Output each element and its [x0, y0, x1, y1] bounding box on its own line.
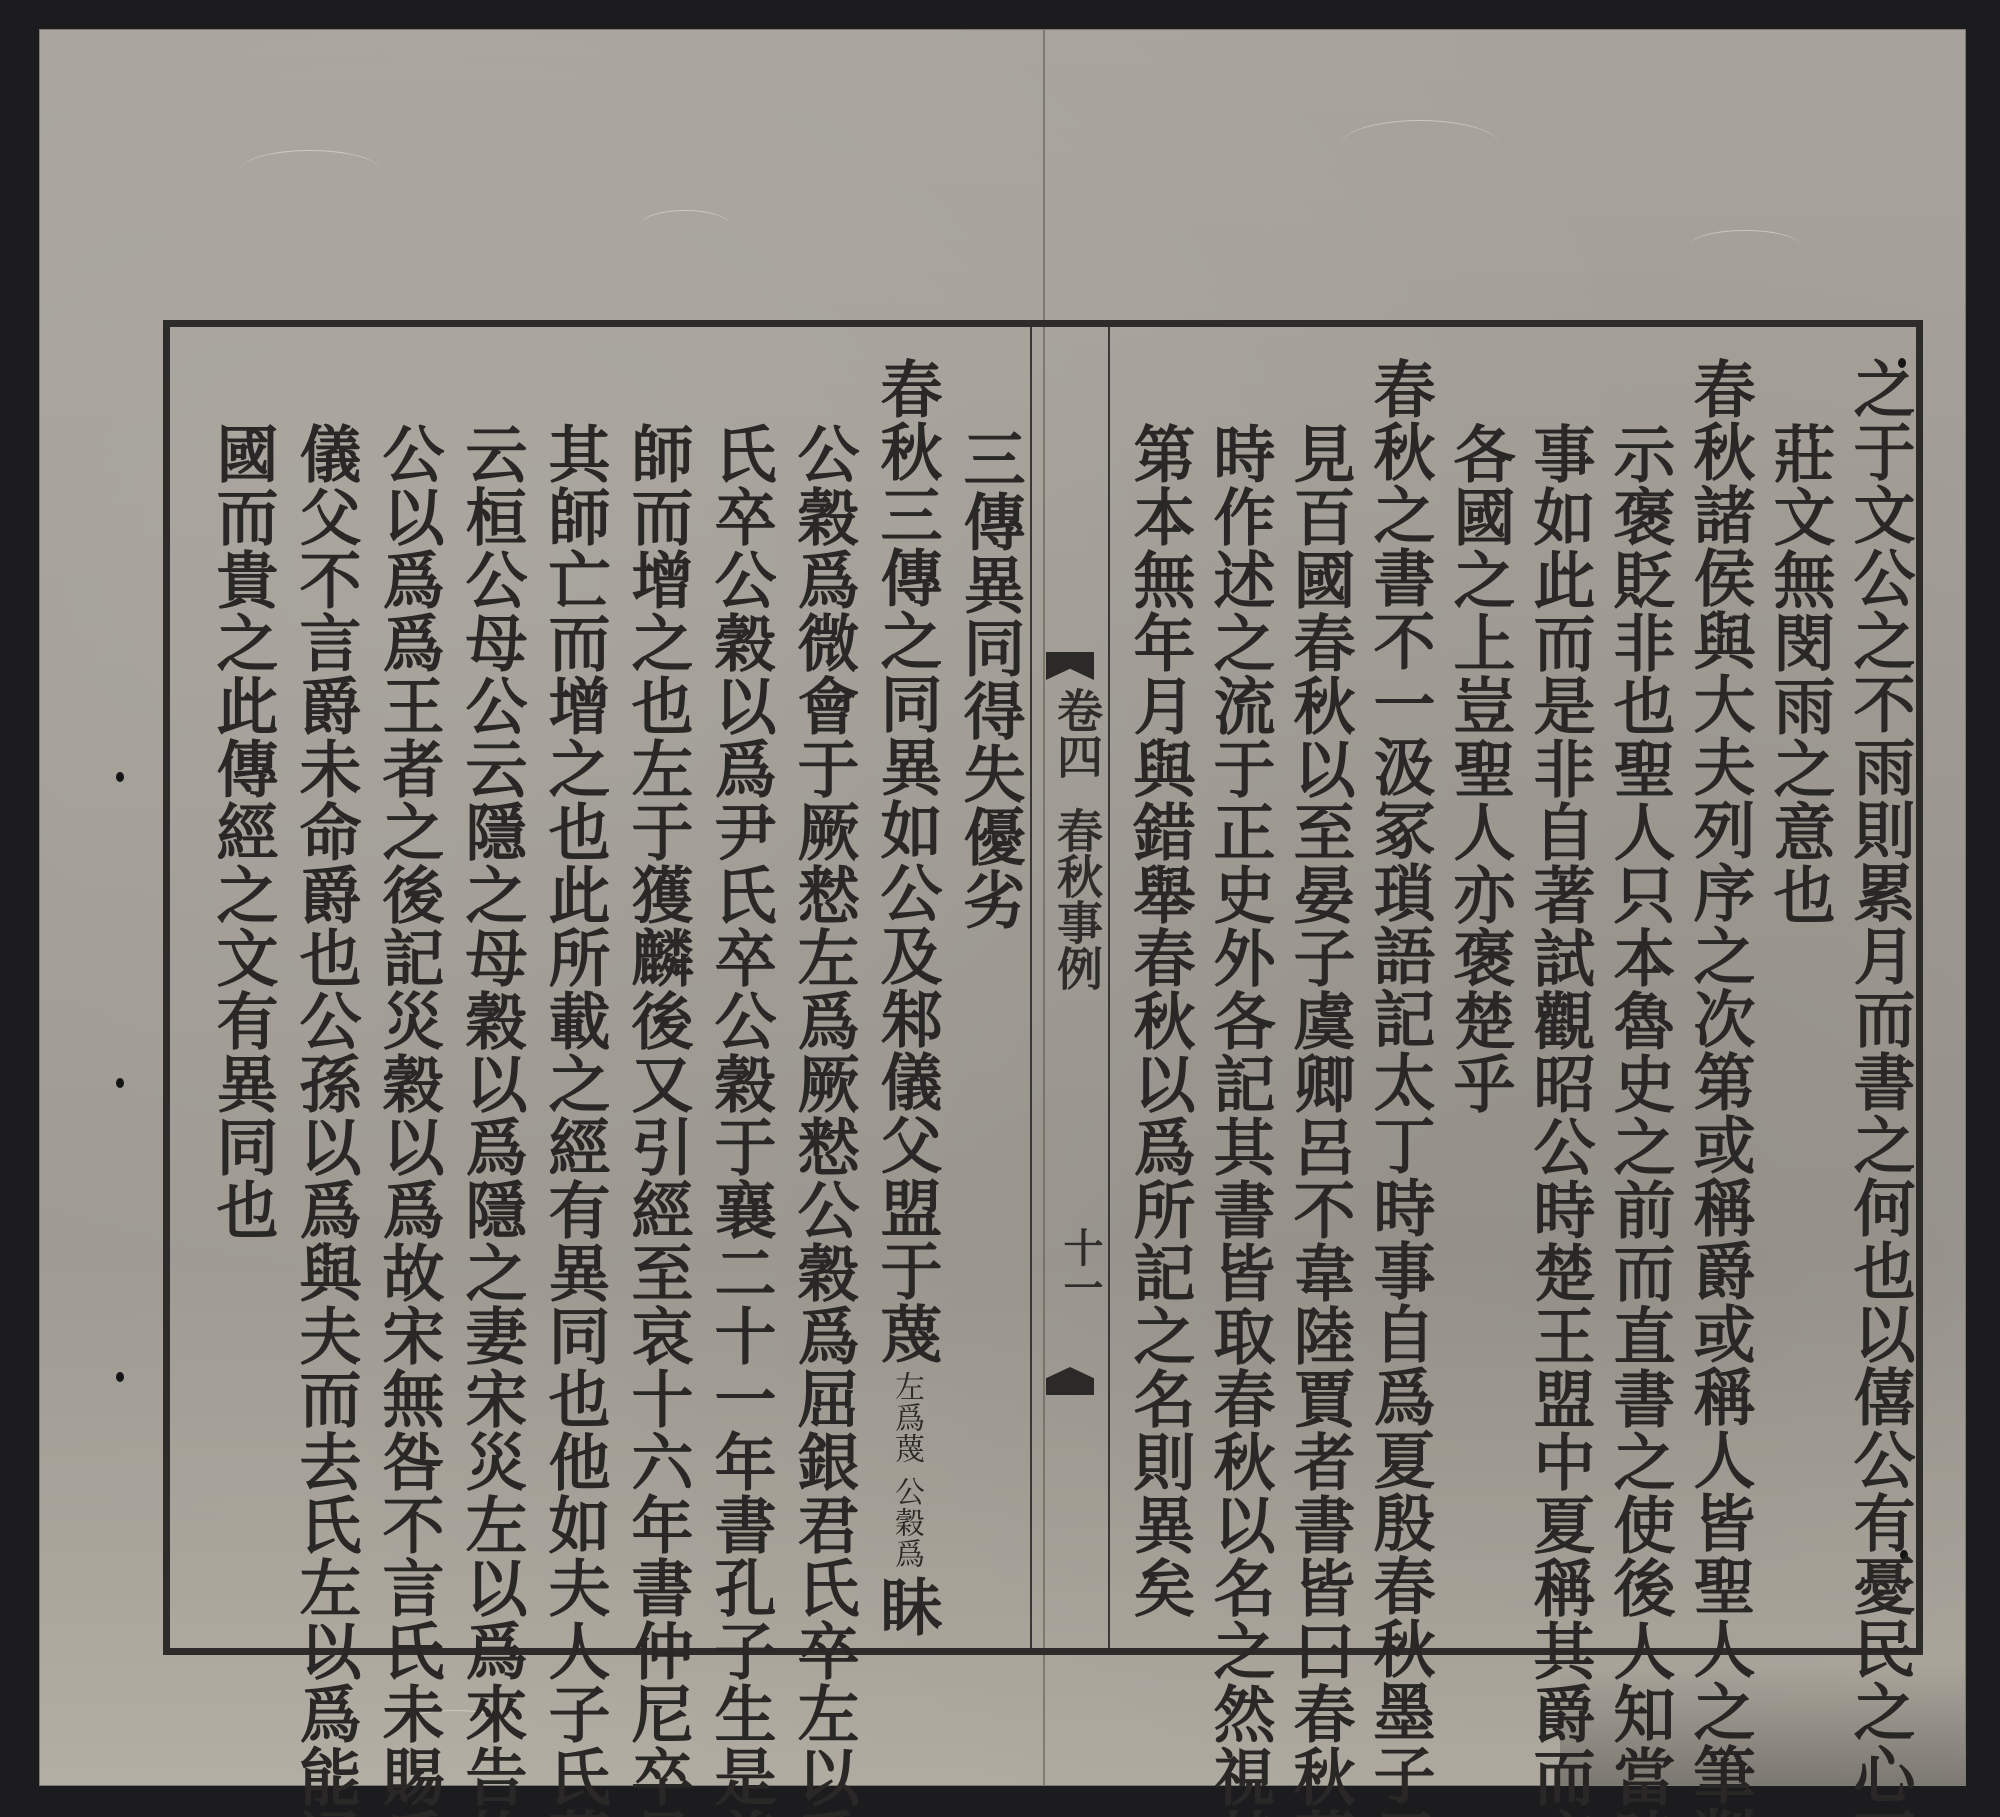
binding-hole [116, 1078, 124, 1088]
text-column: 示褒貶非也聖人只本魯史之前而直書之使後人知當時行 [1590, 327, 1670, 1648]
center-fold-margin: 卷四 春秋事例 十一 [1030, 327, 1110, 1648]
text-column: 各國之上豈聖人亦褒楚乎 [1430, 327, 1510, 1648]
text-column: 事如此而是非自著試觀昭公時楚王盟中夏稱其爵而序之 [1510, 327, 1590, 1648]
text-column: 之于文公之不雨則累月而書之何也以僖公有憂民之心而 [1830, 327, 1910, 1648]
text-column: 儀父不言爵未命爵也公孫以爲與夫而去氏左以爲能通大 [273, 327, 356, 1648]
paper-fiber [640, 210, 730, 241]
section-heading: 三傳異同得失優劣 [937, 327, 1020, 1648]
interlinear-note-left: 公穀爲 [891, 1476, 923, 1569]
printed-border-frame: 之于文公之不雨則累月而書之何也以僖公有憂民之心而 莊文無閔雨之意也 春秋諸侯與大… [163, 320, 1923, 1655]
text-column: 其師亡而增之也此所載之經有異同也他如夫人子氏薨左 [522, 327, 605, 1648]
text-column: 國而貴之此傳經之文有異同也 [190, 327, 273, 1648]
paper-fiber [1340, 120, 1500, 171]
right-half-leaf: 之于文公之不雨則累月而書之何也以僖公有憂民之心而 莊文無閔雨之意也 春秋諸侯與大… [1110, 327, 1910, 1648]
text-column: 氏卒公穀以爲尹氏卒公穀于襄二十一年書孔子生是尊其 [688, 327, 771, 1648]
running-title: 春秋事例 [1040, 807, 1100, 991]
paper-fiber [1690, 230, 1800, 261]
interlinear-note-right: 左爲蔑 [891, 1371, 923, 1464]
text-column: 公穀爲微會于厥慭左爲厥慭公穀爲屈銀君氏卒左以爲君 [771, 327, 854, 1648]
left-half-leaf: 三傳異同得失優劣 春秋三傳之同異如公及邾儀父盟于蔑左爲蔑公穀爲眛 公穀爲微會于厥… [190, 327, 1020, 1648]
text-column: 春秋之書不一汲冢瑣語記太丁時事自爲夏殷春秋墨子曰吾 [1350, 327, 1430, 1648]
text-column: 云桓公母公云隱之母穀以爲隱之妻宋災左以爲來告故書 [439, 327, 522, 1648]
text-column-with-note: 春秋三傳之同異如公及邾儀父盟于蔑左爲蔑公穀爲眛 [854, 327, 937, 1648]
text-column: 師而增之也左于獲麟後又引經至哀十六年書仲尼卒是痛 [605, 327, 688, 1648]
text-column: 時作述之流于正史外各記其書皆取春秋以名之然視其篇 [1190, 327, 1270, 1648]
text-column: 公以爲爲王者之後記災穀以爲故宋無咎不言氏未賜氏也 [356, 327, 439, 1648]
paper-sheet: 之于文公之不雨則累月而書之何也以僖公有憂民之心而 莊文無閔雨之意也 春秋諸侯與大… [40, 30, 1965, 1785]
fishtail-bottom-icon [1046, 1367, 1094, 1395]
binding-hole [116, 1372, 124, 1382]
page-number: 十一 [1040, 1227, 1100, 1307]
volume-label: 卷四 [1040, 687, 1100, 779]
text-column: 第本無年月與錯舉春秋以爲所記之名則異矣 [1110, 327, 1190, 1648]
fishtail-top-icon [1046, 652, 1094, 680]
paper-fiber [240, 150, 380, 191]
text-run: 眛 [870, 1575, 943, 1638]
text-column: 見百國春秋以至晏子虞卿呂不韋陸賈者書皆曰春秋蓋當 [1270, 327, 1350, 1648]
text-column: 莊文無閔雨之意也 [1750, 327, 1830, 1648]
binding-hole [116, 772, 124, 782]
text-column: 春秋諸侯與大夫列序之次第或稱爵或稱人皆聖人之筆削以 [1670, 327, 1750, 1648]
text-run: 春秋三傳之同異如公及邾儀父盟于蔑 [870, 357, 943, 1365]
